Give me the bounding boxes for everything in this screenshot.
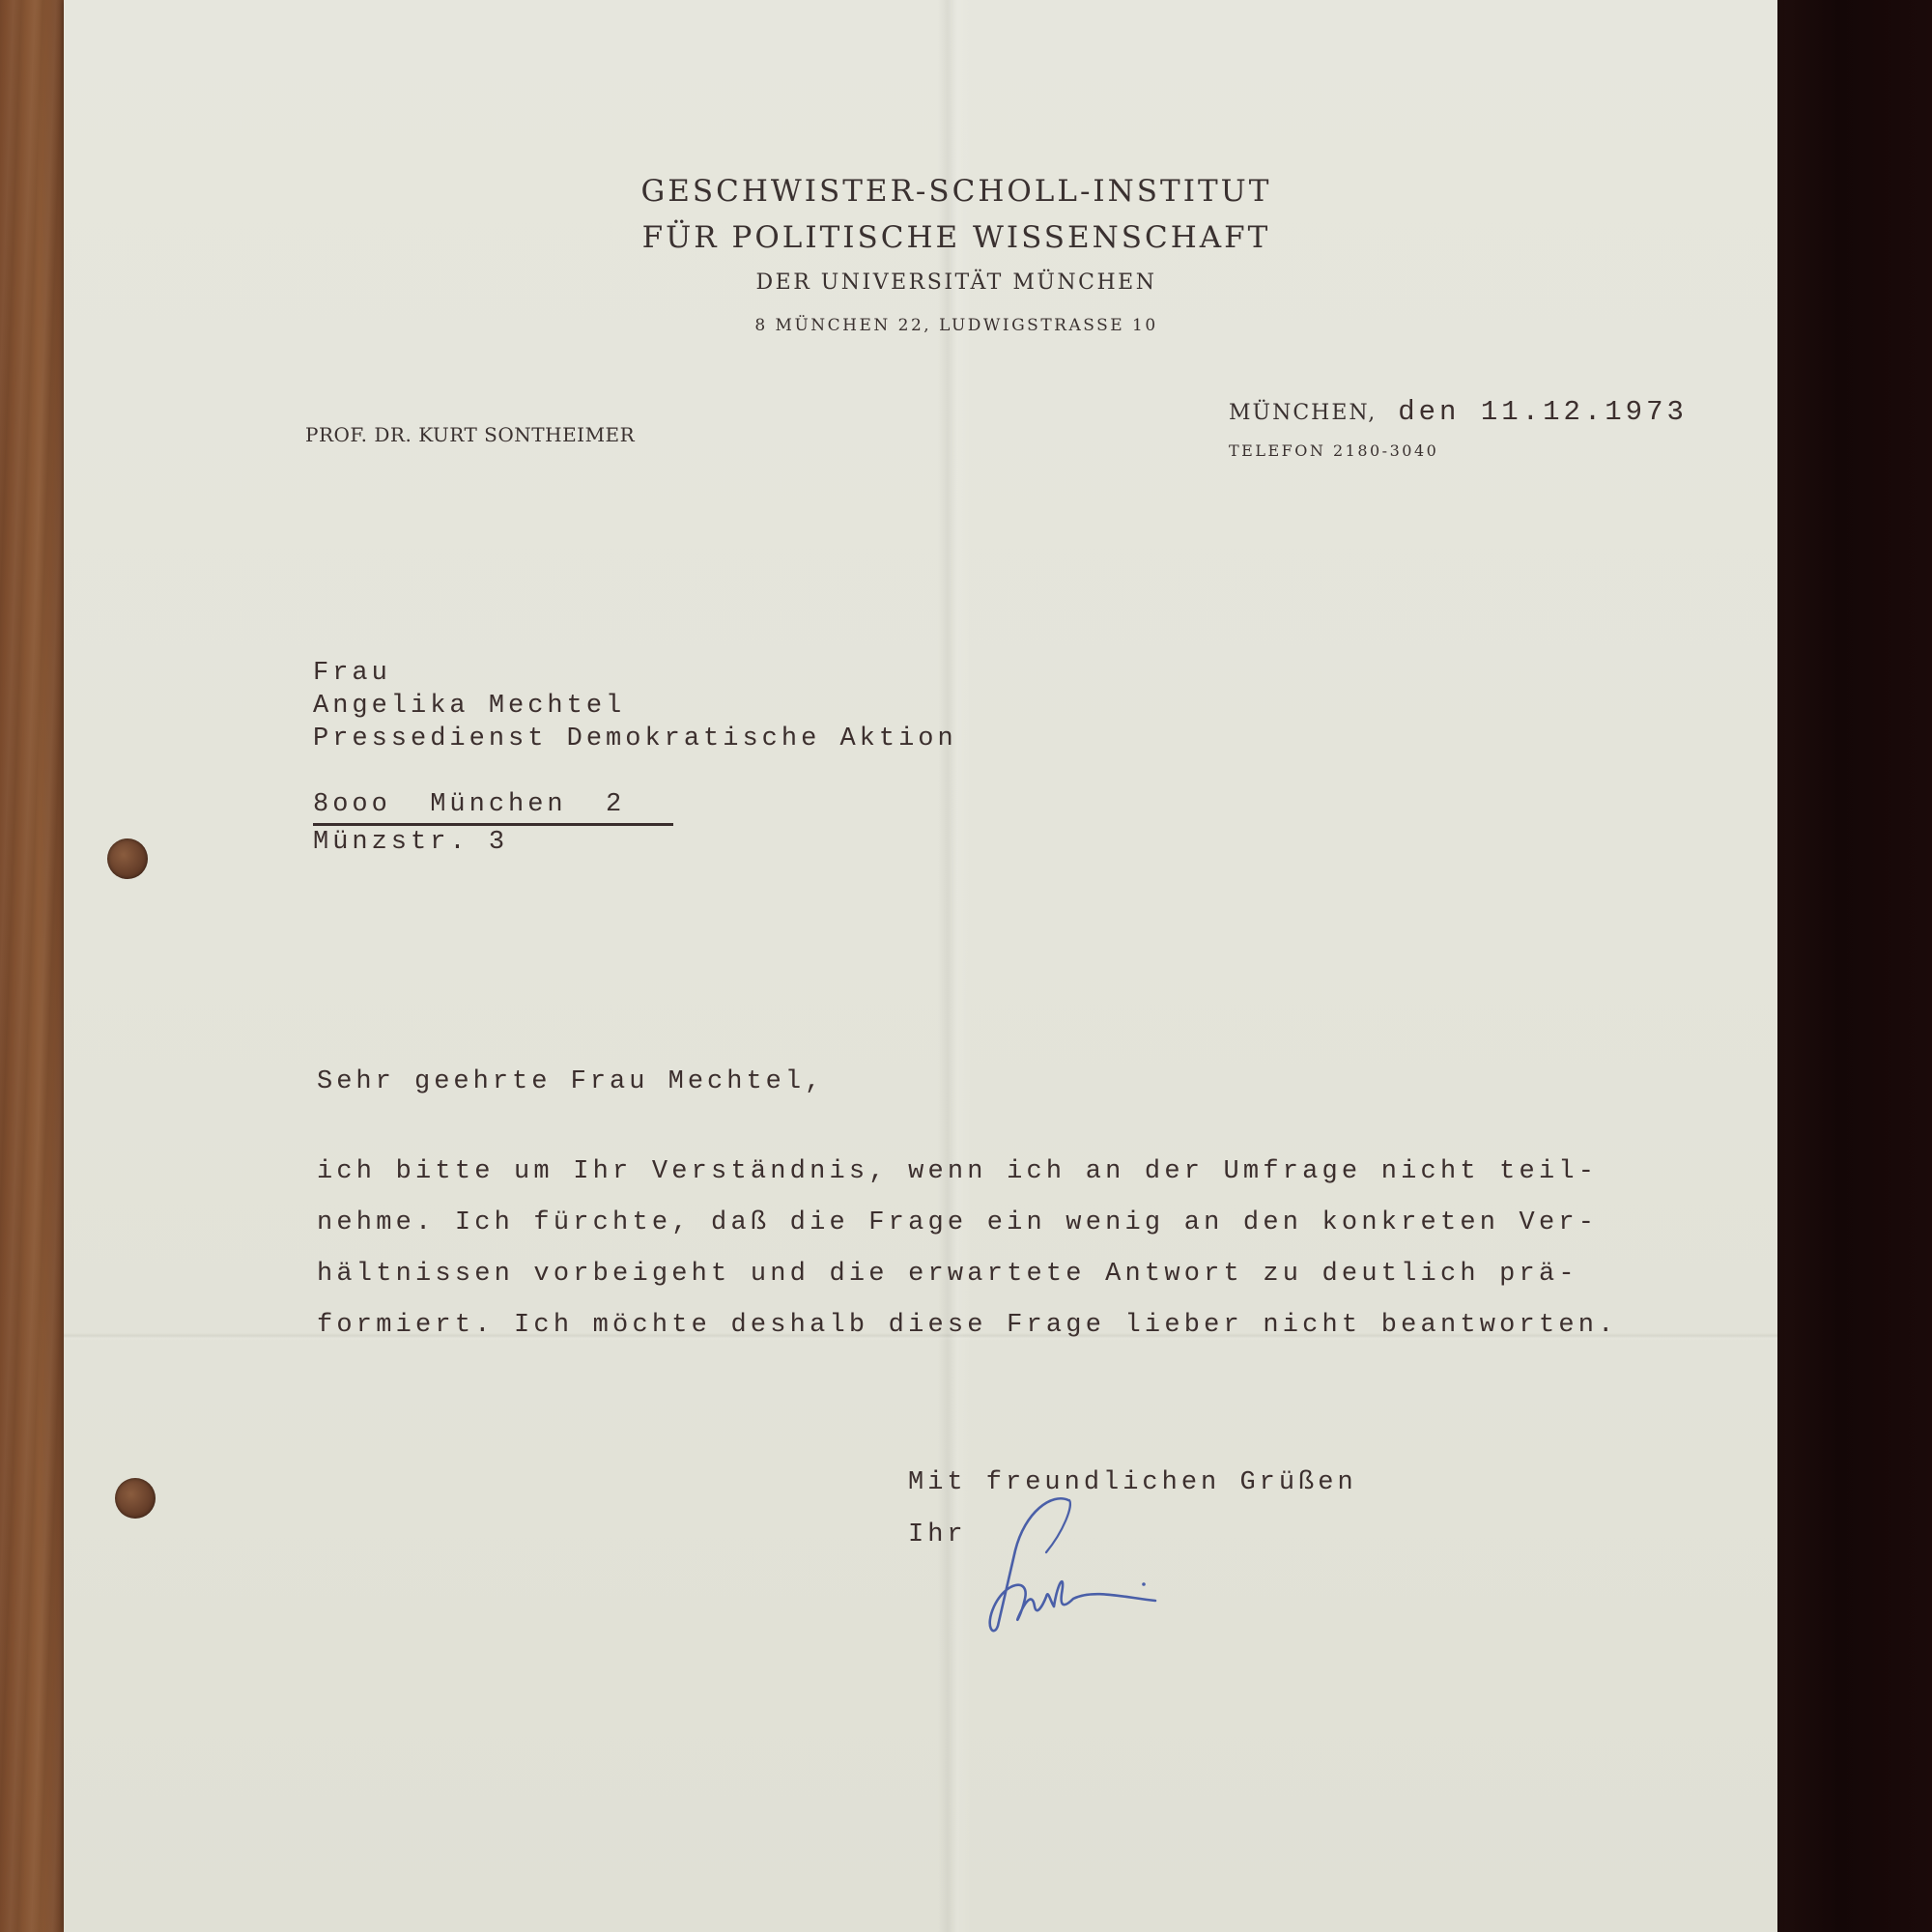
date: den 11.12.1973 <box>1398 396 1688 428</box>
recipient-name: Angelika Mechtel <box>313 690 957 723</box>
recipient-city: 8ooo München 2 <box>313 788 673 826</box>
letter-body: ich bitte um Ihr Verständnis, wenn ich a… <box>317 1147 1618 1351</box>
body-line: hältnissen vorbeigeht und die erwartete … <box>317 1249 1618 1300</box>
punch-hole <box>107 838 148 879</box>
date-prefix: den <box>1398 396 1460 428</box>
phone-number: TELEFON 2180-3040 <box>1229 441 1438 460</box>
letter-page: GESCHWISTER-SCHOLL-INSTITUT FÜR POLITISC… <box>64 0 1777 1932</box>
recipient-street: Münzstr. 3 <box>313 826 957 859</box>
address-spacer <box>313 755 957 788</box>
place-date-line: MÜNCHEN, den 11.12.1973 <box>1229 396 1688 428</box>
letterhead-department: FÜR POLITISCHE WISSENSCHAFT <box>618 220 1294 255</box>
date-value: 11.12.1973 <box>1481 396 1688 428</box>
salutation: Sehr geehrte Frau Mechtel, <box>317 1067 824 1096</box>
sender-name: PROF. DR. KURT SONTHEIMER <box>305 423 635 446</box>
signature-icon <box>977 1492 1199 1637</box>
letterhead-institute: GESCHWISTER-SCHOLL-INSTITUT <box>618 174 1294 209</box>
letterhead-address: 8 MÜNCHEN 22, LUDWIGSTRASSE 10 <box>618 316 1294 335</box>
place: MÜNCHEN, <box>1229 401 1377 425</box>
desk-edge-dark <box>1777 0 1932 1932</box>
letterhead-university: DER UNIVERSITÄT MÜNCHEN <box>618 270 1294 295</box>
recipient-organization: Pressedienst Demokratische Aktion <box>313 723 957 755</box>
body-line: formiert. Ich möchte deshalb diese Frage… <box>317 1300 1618 1351</box>
recipient-address: Frau Angelika Mechtel Pressedienst Demok… <box>313 657 957 859</box>
recipient-title: Frau <box>313 657 957 690</box>
body-line: nehme. Ich fürchte, daß die Frage ein we… <box>317 1198 1618 1249</box>
punch-hole <box>115 1478 156 1519</box>
body-line: ich bitte um Ihr Verständnis, wenn ich a… <box>317 1147 1618 1198</box>
